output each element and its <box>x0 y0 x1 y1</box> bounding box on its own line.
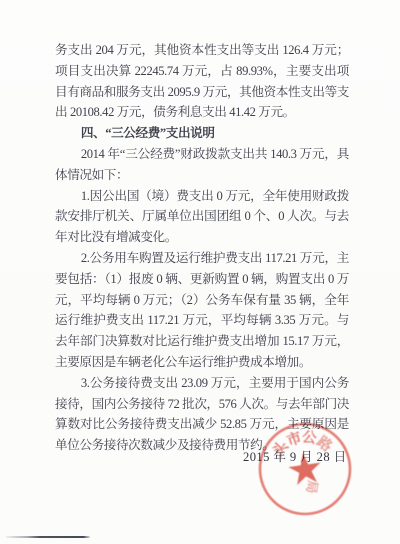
paragraph-budget-continuation: 务支出 204 万元，其他资本性支出等支出 126.4 万元；项目支出决算 22… <box>55 40 349 123</box>
stamp-inner-char: 局 <box>303 479 320 494</box>
paragraph-total-expense-overview: 2014 年“三公经费”财政拨款支出共 140.3 万元，具体情况如下： <box>55 144 349 186</box>
scan-artifact-line <box>6 536 90 538</box>
scanned-document-page: 务支出 204 万元，其他资本性支出等支出 126.4 万元；项目支出决算 22… <box>0 0 400 544</box>
official-seal-stamp: ★ 头 市 公 路 局 <box>250 412 360 522</box>
section-heading-three-public-expenses: 四、“三公经费”支出说明 <box>55 123 349 144</box>
document-body: 务支出 204 万元，其他资本性支出等支出 126.4 万元；项目支出决算 22… <box>55 40 349 456</box>
paragraph-official-vehicle-expense: 2.公务用车购置及运行维护费支出 117.21 万元，主要包括：（1）报废 0 … <box>55 248 349 373</box>
paragraph-overseas-travel-expense: 1.因公出国（境）费支出 0 万元，全年使用财政拨款安排厅机关、厅属单位出国团组… <box>55 186 349 248</box>
